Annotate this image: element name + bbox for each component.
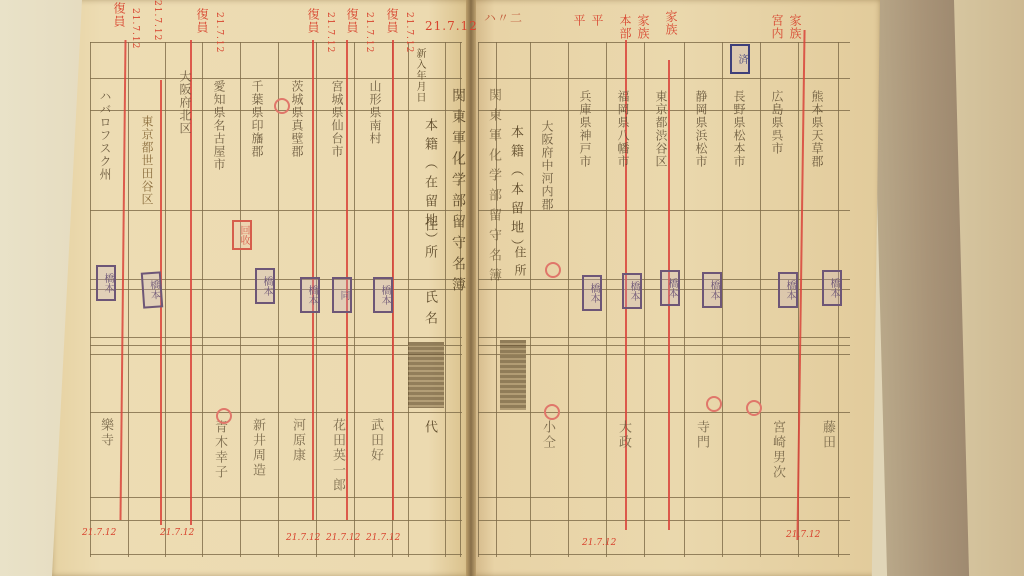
person-name: 小仝 xyxy=(540,420,554,450)
top-annotation: 21.7.12 xyxy=(323,12,336,53)
entry-text: 茨城県真壁郡 xyxy=(290,80,304,158)
person-name: 青木幸子 xyxy=(212,420,226,480)
document-title-right: 関東軍化学部留守名簿 xyxy=(484,88,503,288)
entry-text: 広島県呉市 xyxy=(770,90,784,155)
header-representative: 代 xyxy=(420,420,439,439)
header-entry-date: 新入年月日 xyxy=(412,48,427,103)
top-annotation: 本部 xyxy=(618,14,631,40)
red-circle-mark xyxy=(746,400,762,416)
person-name: 河原康 xyxy=(290,418,304,463)
right-header-address: 住所 xyxy=(512,246,529,282)
bottom-red-note: 21.7.12 xyxy=(160,528,194,538)
entry-text: 山形県南村 xyxy=(368,80,382,145)
top-annotation: 家族 xyxy=(664,10,677,36)
entry-text: 長野県松本市 xyxy=(732,90,746,168)
bottom-red-note: 21.7.12 xyxy=(582,538,616,548)
seal-stamp: 同 xyxy=(332,277,352,313)
top-annotation: 復員 xyxy=(195,8,208,34)
page-shadow xyxy=(872,0,969,576)
person-name: 大政 xyxy=(616,420,630,450)
top-annotation: 21.7.12 xyxy=(362,12,375,53)
entry-text: 宮城県仙台市 xyxy=(330,80,344,158)
header-block xyxy=(408,342,444,408)
seal-stamp: 橋本 xyxy=(778,272,798,308)
entry-text: 大阪府中河内郡 xyxy=(540,120,554,211)
entry-text: 東京都世田谷区 xyxy=(140,115,154,206)
red-circle-mark xyxy=(706,396,722,412)
top-annotation: 宮内 xyxy=(770,14,783,40)
top-annotation: 復員 xyxy=(112,2,125,28)
seal-stamp: 橋本 xyxy=(702,272,722,308)
red-seal-stamp: 回收 xyxy=(232,220,252,250)
entry-text: 兵庫県神戸市 xyxy=(578,90,592,168)
top-annotation: 平 xyxy=(590,14,603,27)
bottom-red-note: 21.7.12 xyxy=(82,528,116,538)
top-annotation: 復員 xyxy=(306,8,319,34)
bottom-red-note: 21.7.12 xyxy=(326,533,360,543)
blue-seal-stamp: 済 xyxy=(730,44,750,74)
page-mark: ハ〃二 xyxy=(484,12,523,25)
person-name: 藤田 xyxy=(820,420,834,450)
seal-stamp: 橋本 xyxy=(141,271,163,308)
top-annotation: 21.7.12 xyxy=(212,12,225,53)
entry-text: 千葉県印旛郡 xyxy=(250,80,264,158)
red-circle-mark xyxy=(216,408,232,424)
entry-text: ハバロフスク州 xyxy=(98,90,112,181)
header-name: 氏名 xyxy=(420,290,439,332)
seal-stamp: 橋本 xyxy=(822,270,842,306)
top-annotation: 復員 xyxy=(385,8,398,34)
seal-stamp: 橋本 xyxy=(660,270,680,306)
entry-text: 熊本県天草郡 xyxy=(810,90,824,168)
right-header-block xyxy=(500,340,526,410)
person-name: 武田好 xyxy=(368,418,382,463)
seal-stamp: 橋本 xyxy=(255,268,275,304)
bottom-red-note: 21.7.12 xyxy=(366,533,400,543)
red-circle-mark xyxy=(545,262,561,278)
entry-text: 愛知県名古屋市 xyxy=(212,80,226,171)
entry-text: 東京都渋谷区 xyxy=(654,90,668,168)
seal-stamp: 橋本 xyxy=(582,275,602,311)
entry-text: 静岡県浜松市 xyxy=(694,90,708,168)
person-name: 樂寺 xyxy=(98,418,112,448)
seal-stamp: 橋本 xyxy=(300,277,320,313)
top-annotation: 21.7.12 xyxy=(128,8,141,49)
person-name: 宮崎男次 xyxy=(770,420,784,480)
entry-text: 福岡県八幡市 xyxy=(616,90,630,168)
document-title: 関東軍化学部留守名簿 xyxy=(448,88,468,298)
red-circle-mark xyxy=(274,98,290,114)
page-mark: 21.7.12 xyxy=(425,20,478,33)
top-annotation: 家族 xyxy=(636,14,649,40)
header-address: 住所 xyxy=(420,218,439,272)
red-circle-mark xyxy=(544,404,560,420)
top-annotation: 平 xyxy=(572,14,585,27)
person-name: 新井周造 xyxy=(250,418,264,478)
seal-stamp: 橋本 xyxy=(96,265,116,301)
person-name: 寺門 xyxy=(694,420,708,450)
top-annotation: 家族 xyxy=(788,14,801,40)
seal-stamp: 橋本 xyxy=(622,273,642,309)
top-annotation: 21.7.12 xyxy=(150,0,163,41)
entry-text: 大阪府北区 xyxy=(178,70,192,135)
bottom-red-note: 21.7.12 xyxy=(286,533,320,543)
seal-stamp: 橋本 xyxy=(373,277,393,313)
person-name: 花田英一郎 xyxy=(330,418,344,493)
right-header-domicile: 本籍（本留地） xyxy=(506,125,525,258)
bottom-red-note: 21.7.12 xyxy=(786,530,820,540)
top-annotation: 復員 xyxy=(345,8,358,34)
